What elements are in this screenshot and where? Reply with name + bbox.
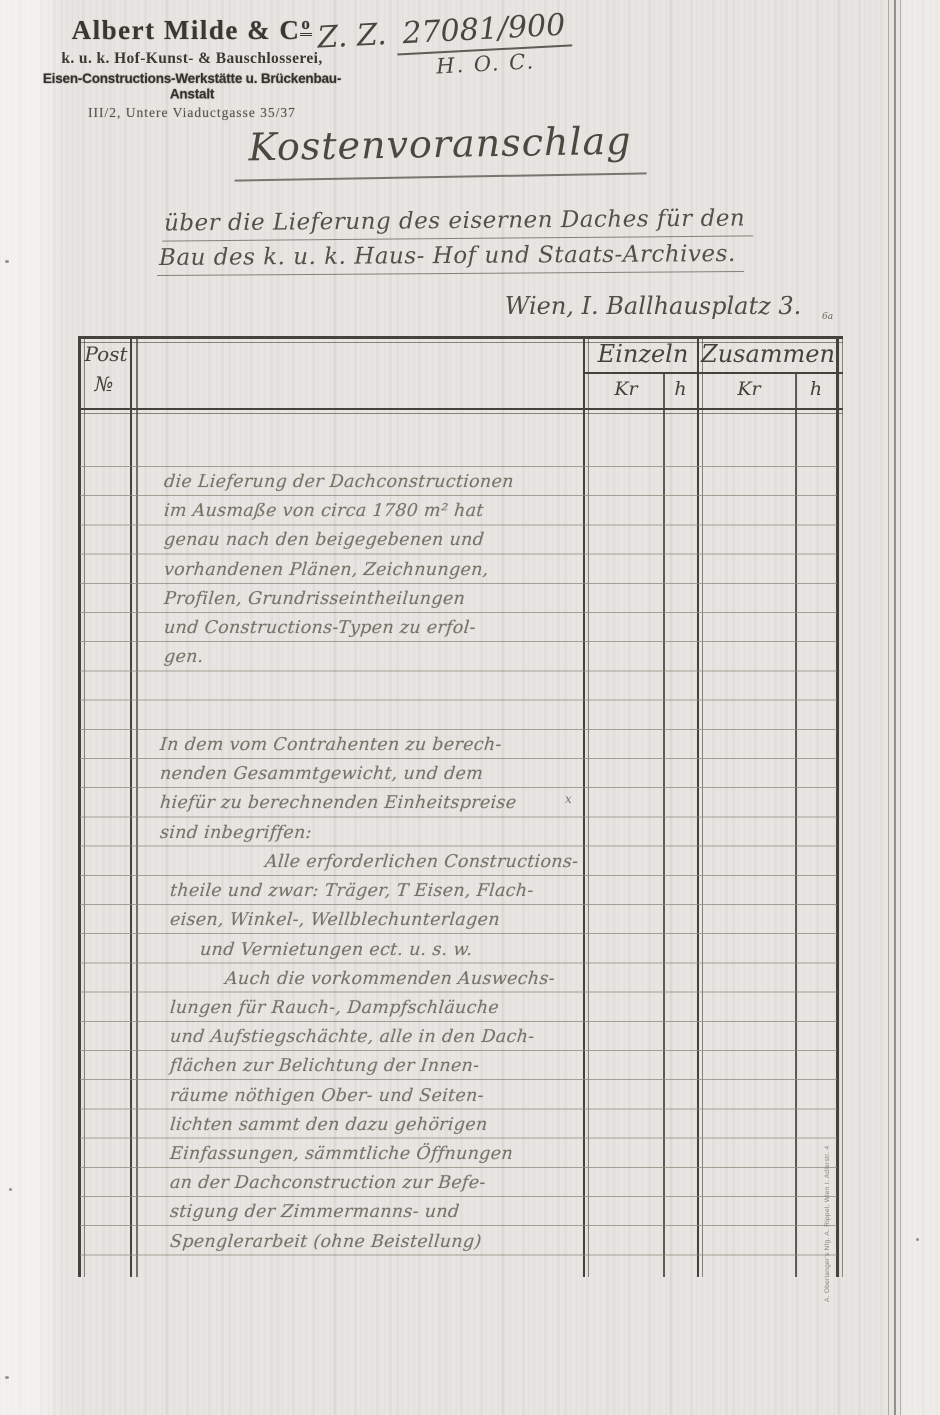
table-right-border-outer: [842, 336, 843, 1277]
scan-speck: [5, 1376, 9, 1379]
subtitle-line2: Bau des k. u. k. Haus- Hof und Staats-Ar…: [157, 241, 744, 271]
subheader-zusammen-h: h: [796, 378, 836, 400]
handwriting-line: vorhandenen Plänen, Zeichnungen,: [163, 560, 489, 580]
handwriting-line: an der Dachconstruction zur Befe-: [169, 1173, 486, 1193]
margin-note: 6a: [822, 312, 833, 322]
handwriting-line: Einfassungen, sämmtliche Öffnungen: [169, 1144, 514, 1164]
handwriting-line: lichten sammt den dazu gehörigen: [169, 1115, 488, 1135]
handwriting-line: lungen für Rauch-, Dampfschläuche: [169, 998, 500, 1018]
handwriting-line: die Lieferung der Dachconstructionen: [163, 472, 514, 492]
handwriting-line: theile und zwar: Träger, T Eisen, Flach-: [169, 881, 534, 901]
subheader-einzeln-h: h: [664, 378, 697, 400]
handwriting-line: genau nach den beigegebenen und: [163, 530, 485, 550]
handwriting-line: stigung der Zimmermanns- und: [169, 1202, 460, 1222]
handwriting-line: sind inbegriffen:: [159, 823, 313, 843]
handwriting-line: Alle erforderlichen Constructions-: [264, 852, 579, 872]
page-edge-line-1: [888, 0, 889, 1415]
printer-imprint: A. Oberlanger's Nfg. A. Rippel, Wien I. …: [824, 1092, 831, 1302]
handwriting-line: Auch die vorkommenden Auswechs-: [224, 969, 556, 989]
insertion-mark: x: [565, 792, 572, 806]
letterhead-line3: Eisen-Constructions-Werkstätte u. Brücke…: [42, 70, 342, 102]
column-header-zusammen: Zusammen: [700, 340, 836, 368]
reference-prefix: Z. Z.: [316, 17, 387, 56]
reference-department: H. O. C.: [436, 49, 536, 78]
handwriting-line: räume nöthigen Ober- und Seiten-: [169, 1086, 485, 1106]
scan-speck: [5, 260, 9, 263]
column-header-post-no: №: [82, 372, 126, 396]
money-subheader-divider: [583, 372, 843, 374]
scan-margin-right: [901, 0, 940, 1415]
header-bottom-border-inner: [78, 413, 843, 414]
place-line: Wien, I. Ballhausplatz 3.: [478, 292, 828, 320]
column-header-post: Post: [84, 342, 128, 366]
table-top-border: [78, 336, 843, 339]
page-edge-line-2: [894, 0, 896, 1415]
handwriting-line: Profilen, Grundrisseintheilungen: [163, 589, 466, 609]
scanned-document-page: Albert Milde & Co k. u. k. Hof-Kunst- & …: [0, 0, 940, 1415]
company-name: Albert Milde & Co: [42, 14, 342, 46]
handwriting-line: und Constructions-Typen zu erfol-: [163, 618, 477, 638]
handwriting-line: eisen, Winkel-, Wellblechunterlagen: [169, 910, 501, 930]
subheader-zusammen-kr: Kr: [703, 378, 795, 400]
column-header-einzeln: Einzeln: [589, 340, 697, 368]
scan-speck: [916, 1238, 919, 1241]
header-bottom-border: [78, 408, 843, 410]
handwriting-line: und Vernietungen ect. u. s. w.: [199, 940, 473, 960]
document-title: Kostenvoranschlag: [230, 118, 651, 169]
subheader-einzeln-kr: Kr: [589, 378, 663, 400]
handwriting-line: hiefür zu berechnenden Einheitspreise: [159, 793, 517, 813]
subtitle-line1: über die Lieferung des eisernen Daches f…: [162, 205, 753, 236]
handwriting-line: im Ausmaße von circa 1780 m² hat: [163, 501, 484, 521]
handwriting-line: Spenglerarbeit (ohne Beistellung): [169, 1232, 482, 1252]
letterhead-line2: k. u. k. Hof-Kunst- & Bauschlosserei,: [42, 50, 342, 68]
handwriting-line: und Aufstiegschächte, alle in den Dach-: [169, 1027, 535, 1047]
handwriting-line: nenden Gesammtgewicht, und dem: [159, 764, 484, 784]
handwriting-line: In dem vom Contrahenten zu berech-: [159, 735, 502, 755]
reference-fraction: 27081/900 H. O. C.: [396, 7, 574, 80]
handwriting-line: gen.: [163, 647, 204, 667]
letterhead: Albert Milde & Co k. u. k. Hof-Kunst- & …: [42, 14, 342, 121]
letterhead-address: III/2, Untere Viaductgasse 35/37: [42, 105, 342, 121]
company-abbrev-sup: o: [300, 14, 312, 36]
file-reference: Z. Z. 27081/900 H. O. C.: [316, 7, 573, 84]
reference-number: 27081/900: [396, 7, 573, 55]
handwriting-line: flächen zur Belichtung der Innen-: [169, 1056, 480, 1076]
scan-speck: [9, 1188, 12, 1191]
